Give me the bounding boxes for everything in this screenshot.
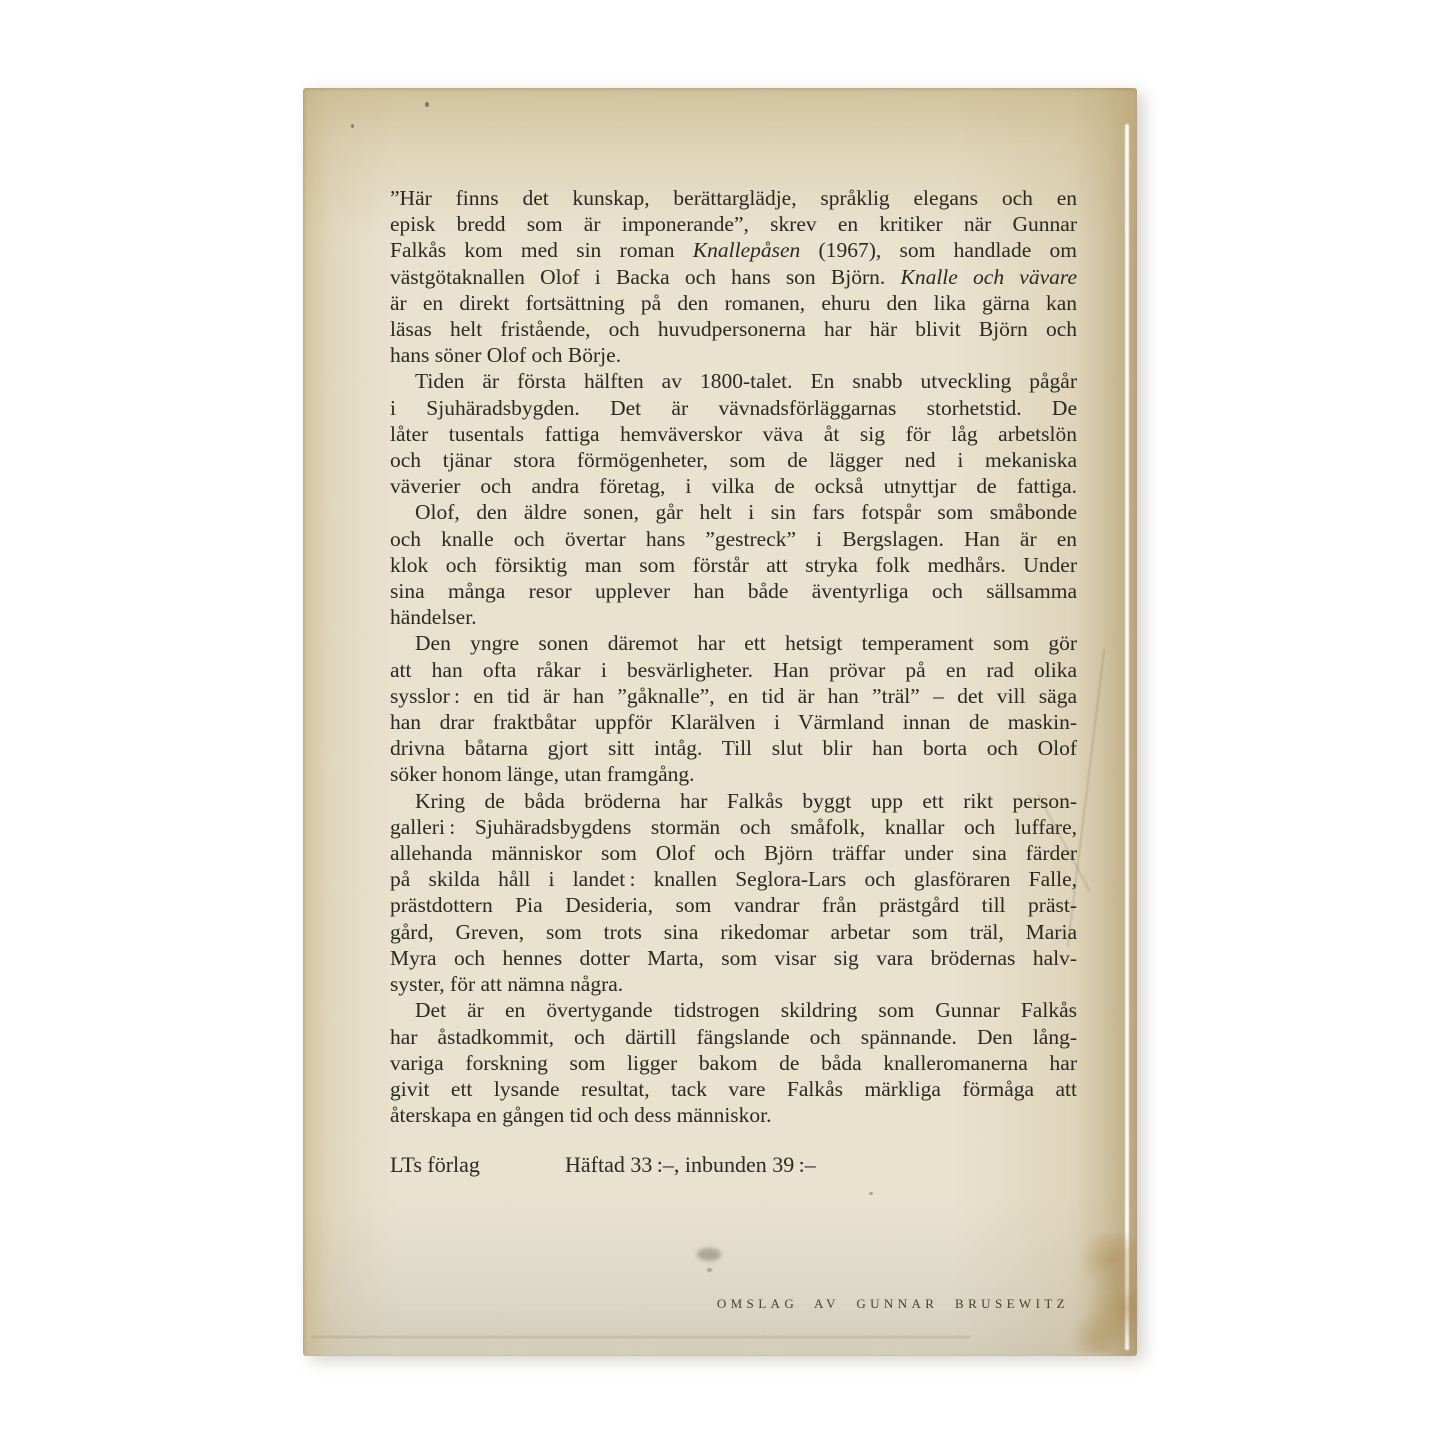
photo-background: ”Här finns det kunskap, berättarglädje, … [0, 0, 1445, 1445]
stain-mark [1051, 1234, 1137, 1352]
blurb-line: galleri : Sjuhäradsbygdens stormän och s… [390, 814, 1077, 840]
blurb-line: låter tusentals fattiga hemväverskor väv… [390, 421, 1077, 447]
blurb-line: klok och försiktig man som förstår att s… [390, 552, 1077, 578]
smudge-mark [697, 1248, 721, 1261]
blurb-line: återskapa en gången tid och dess människ… [390, 1102, 1077, 1128]
smudge-dot [707, 1268, 712, 1272]
blurb-line: händelser. [390, 604, 1077, 630]
paper-speck [425, 102, 429, 107]
blurb-line: på skilda håll i landet : knallen Seglor… [390, 866, 1077, 892]
blurb-line: variga forskning som ligger bakom de båd… [390, 1050, 1077, 1076]
blurb-line: Kring de båda bröderna har Falkås byggt … [390, 788, 1077, 814]
blurb-line: hans söner Olof och Börje. [390, 342, 1077, 368]
blurb-line: gård, Greven, som trots sina rikedomar a… [390, 919, 1077, 945]
blurb-line: har åstadkommit, och därtill fängslande … [390, 1024, 1077, 1050]
paper-speck [869, 1192, 873, 1195]
jacket-edge-highlight [1125, 124, 1129, 1350]
price-line: Häftad 33 :–, inbunden 39 :– [565, 1151, 816, 1178]
book-title-italic: Knallepåsen [693, 238, 801, 262]
book-back-cover: ”Här finns det kunskap, berättarglädje, … [303, 88, 1137, 1356]
blurb-line: Tiden är första hälften av 1800-talet. E… [390, 368, 1077, 394]
cover-artist-credit: OMSLAG AV GUNNAR BRUSEWITZ [717, 1296, 1069, 1312]
blurb-line: syster, för att nämna några. [390, 971, 1077, 997]
blurb-line: och tjänar stora förmögenheter, som de l… [390, 447, 1077, 473]
paper-speck [351, 124, 354, 128]
blurb-line: han drar fraktbåtar uppför Klarälven i V… [390, 709, 1077, 735]
blurb-line: ”Här finns det kunskap, berättarglädje, … [390, 185, 1077, 211]
blurb-line: i Sjuhäradsbygden. Det är vävnadsförlägg… [390, 395, 1077, 421]
blurb-line: episk bredd som är imponerande”, skrev e… [390, 211, 1077, 237]
blurb-line: och knalle och övertar hans ”gestreck” i… [390, 526, 1077, 552]
blurb-line: drivna båtarna gjort sitt intåg. Till sl… [390, 735, 1077, 761]
blurb-line: väverier och andra företag, i vilka de o… [390, 473, 1077, 499]
blurb-line: Den yngre sonen däremot har ett hetsigt … [390, 630, 1077, 656]
publisher-name: LTs förlag [390, 1151, 565, 1178]
blurb-line: prästdottern Pia Desideria, som vandrar … [390, 892, 1077, 918]
crease-line [311, 1336, 971, 1338]
blurb-line: söker honom länge, utan framgång. [390, 761, 1077, 787]
blurb-line: Det är en övertygande tidstrogen skildri… [390, 997, 1077, 1023]
blurb-line: Olof, den äldre sonen, går helt i sin fa… [390, 499, 1077, 525]
blurb-text: ”Här finns det kunskap, berättarglädje, … [390, 185, 1077, 1128]
blurb-line: allehanda människor som Olof och Björn t… [390, 840, 1077, 866]
book-title-italic: Knalle och vävare [900, 265, 1077, 289]
blurb-line: läsas helt fristående, och huvudpersoner… [390, 316, 1077, 342]
blurb-line: är en direkt fortsättning på den romanen… [390, 290, 1077, 316]
blurb-segment: (1967), som handlade om [800, 238, 1077, 262]
blurb-line: Myra och hennes dotter Marta, som visar … [390, 945, 1077, 971]
blurb-line: givit ett lysande resultat, tack vare Fa… [390, 1076, 1077, 1102]
imprint-price-row: LTs förlag Häftad 33 :–, inbunden 39 :– [390, 1151, 1077, 1178]
blurb-line: sina många resor upplever han både ävent… [390, 578, 1077, 604]
blurb-segment: Falkås kom med sin roman [390, 238, 693, 262]
blurb-line: Falkås kom med sin roman Knallepåsen (19… [390, 237, 1077, 263]
blurb-line: sysslor : en tid är han ”gåknalle”, en t… [390, 683, 1077, 709]
blurb-segment: västgötaknallen Olof i Backa och hans so… [390, 265, 900, 289]
blurb-line: att han ofta råkar i besvärligheter. Han… [390, 657, 1077, 683]
blurb-line: västgötaknallen Olof i Backa och hans so… [390, 264, 1077, 290]
